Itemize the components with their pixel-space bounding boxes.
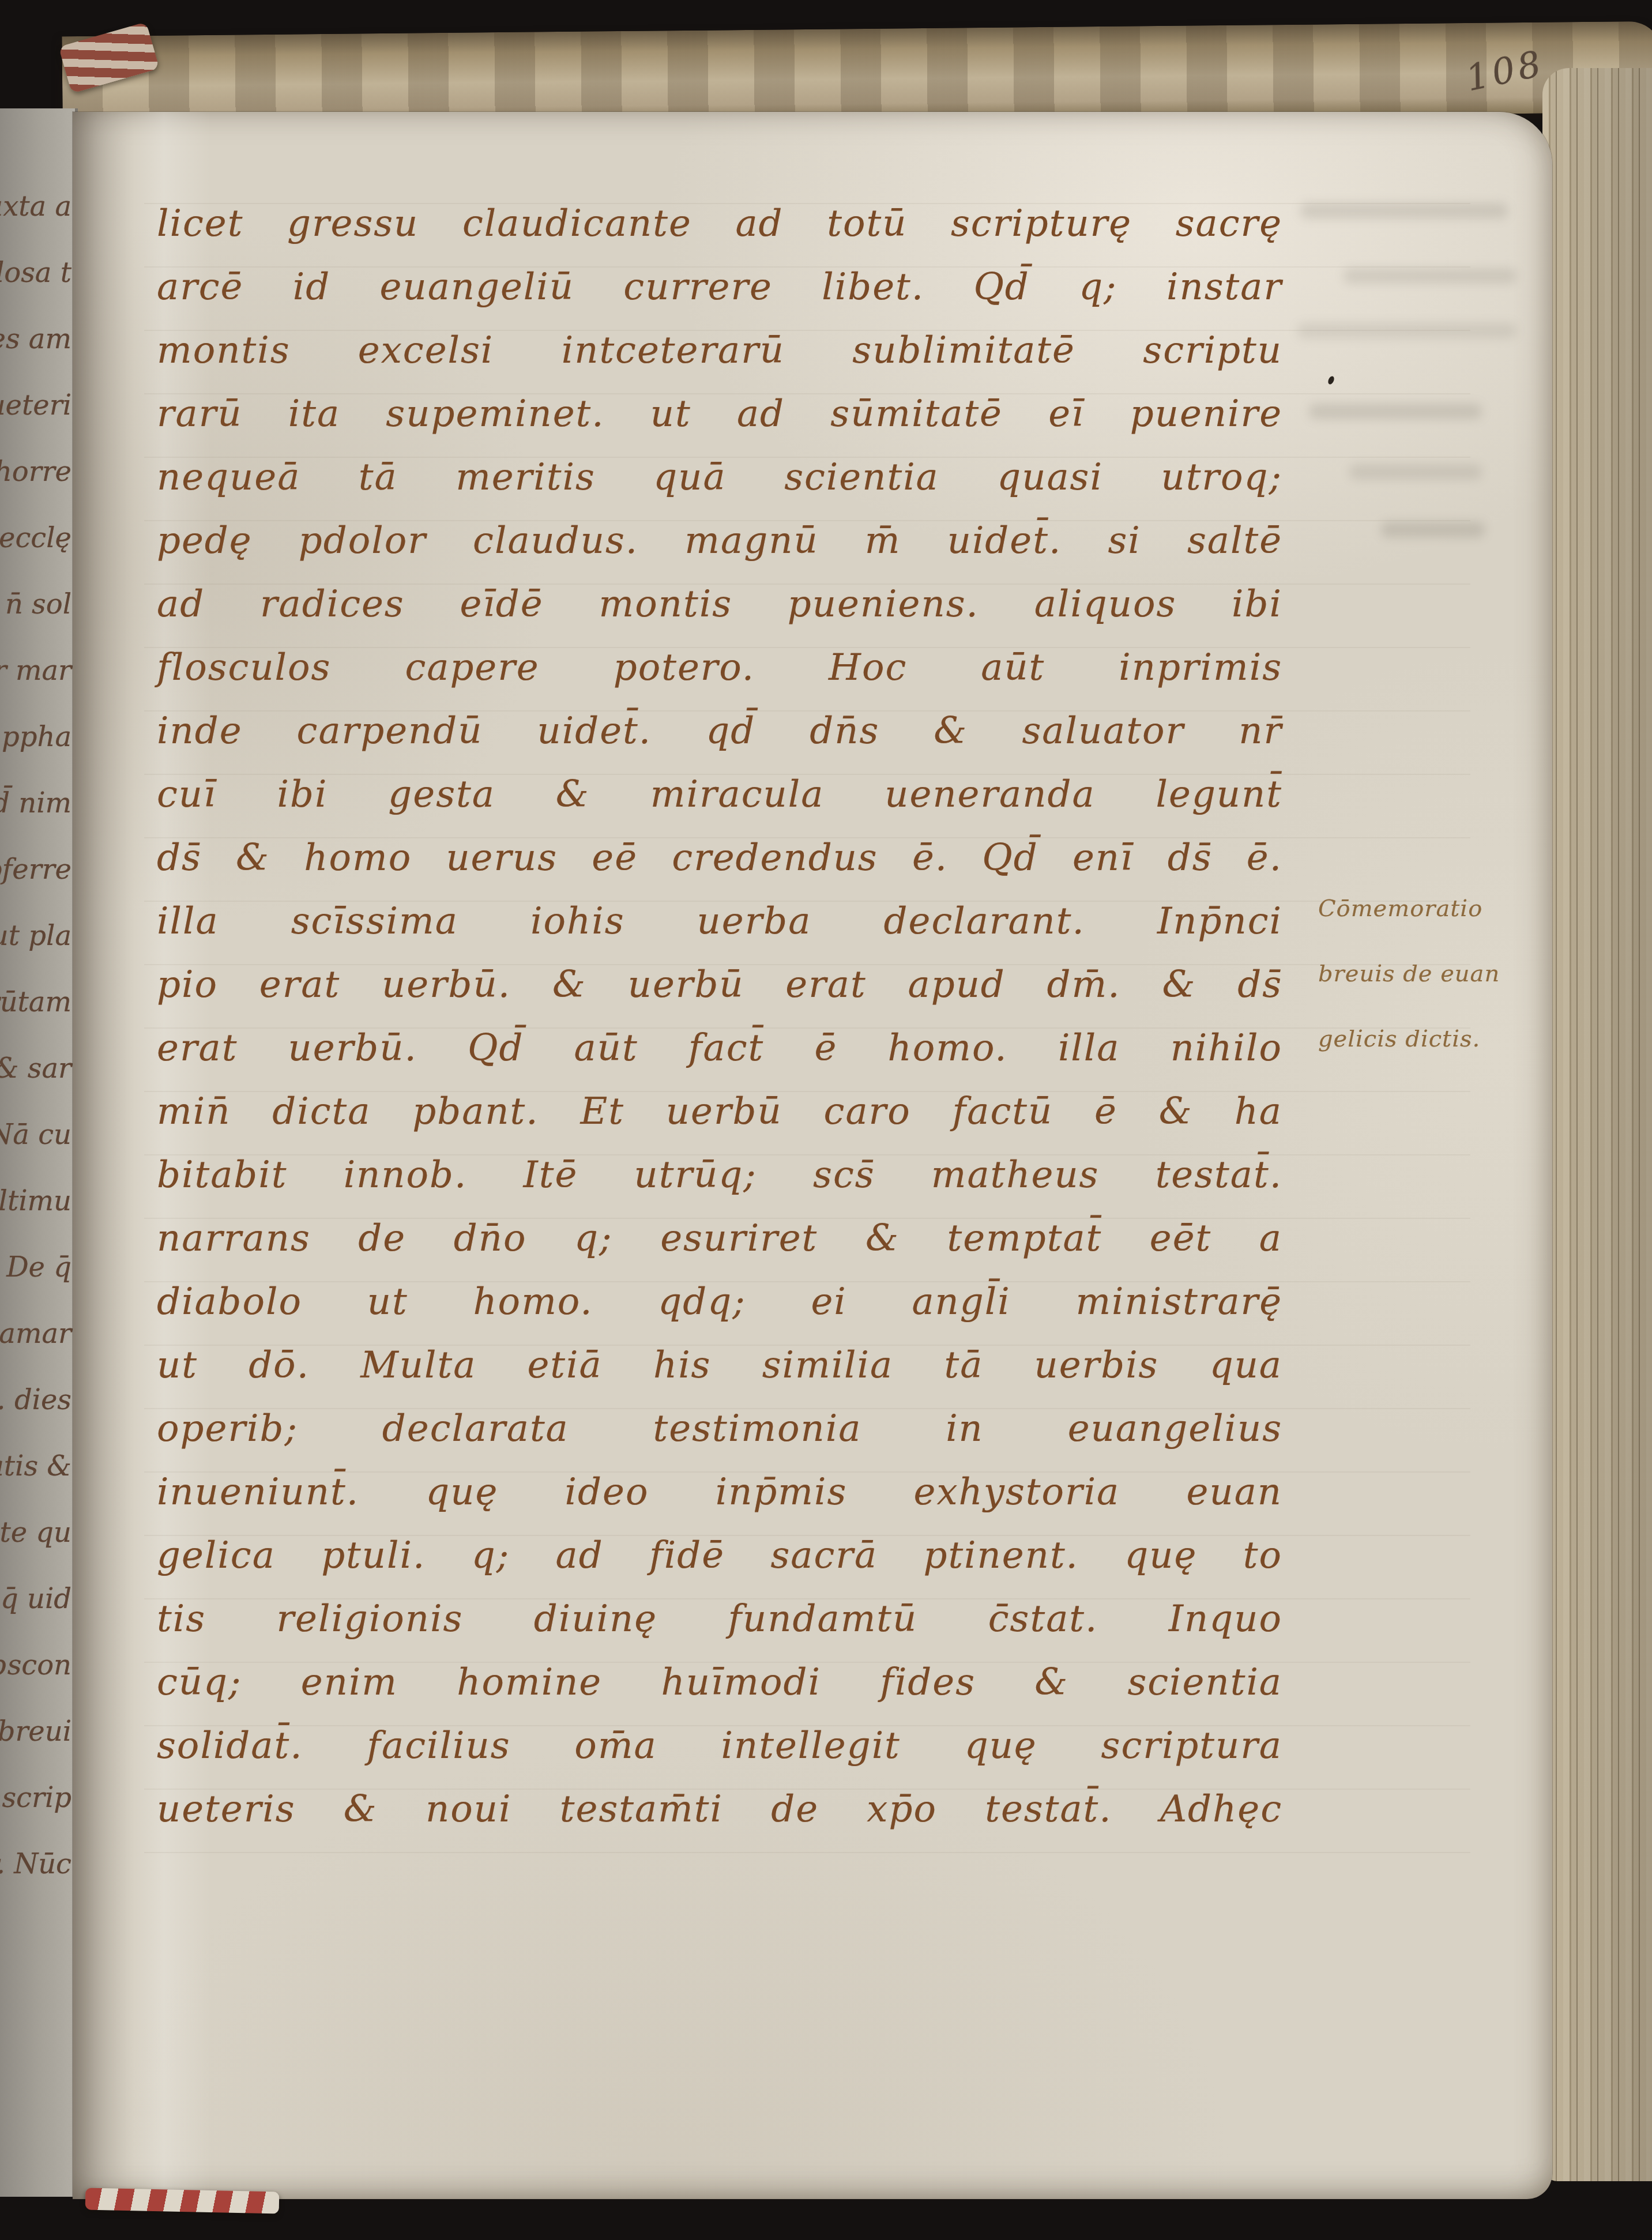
text-line: inueniunt̄. quę ideo inp̄mis exhystoria … bbox=[157, 1461, 1282, 1524]
facing-page-line: iculosa t bbox=[0, 257, 72, 289]
text-line: flosculos capere potero. Hoc aūt inprimi… bbox=[157, 637, 1282, 700]
text-line: erat uerbū. Qd̄ aūt fact̄ ē homo. illa n… bbox=[157, 1017, 1282, 1081]
facing-page-line: ear. Nūc bbox=[0, 1848, 72, 1880]
facing-page-line: s illa. dies bbox=[0, 1384, 72, 1416]
facing-page-line: om̄ abscon bbox=[0, 1649, 72, 1681]
show-through-line bbox=[1349, 464, 1482, 480]
show-through-line bbox=[1381, 522, 1485, 537]
marginal-note-line: Cōmemoratio bbox=[1318, 876, 1560, 942]
text-line: bitabit innob. Itē utrūq; scs̄ matheus t… bbox=[157, 1144, 1282, 1207]
text-line: pio erat uerbū. & uerbū erat apud dm̄. &… bbox=[157, 954, 1282, 1017]
facing-page-line: scōr mar bbox=[0, 654, 72, 687]
marginal-note-line: gelicis dictis. bbox=[1318, 1007, 1560, 1072]
headband-bottom bbox=[85, 2188, 280, 2213]
text-line: ds̄ & homo uerus eē credendus ē. Qd̄ enī… bbox=[157, 827, 1282, 890]
text-line: gelica ptuli. q; ad fidē sacrā ptinent. … bbox=[157, 1524, 1282, 1588]
text-line: solidat̄. facilius om̄a intellegit quę s… bbox=[157, 1715, 1282, 1778]
facing-page-line: phis breui bbox=[0, 1715, 72, 1748]
facing-page-line: ns. Ante qu bbox=[0, 1516, 72, 1549]
manuscript-photo: iuxta a iculosa t antes am nueteri cia h… bbox=[0, 0, 1652, 2240]
marginal-note-line: breuis de euan bbox=[1318, 942, 1560, 1007]
text-line: cuī ibi gesta & miracula ueneranda legun… bbox=[157, 763, 1282, 827]
text-line: pedę pdolor claudus. magnū m̄ uidet̄. si… bbox=[157, 510, 1282, 573]
text-line: operib; declarata testimonia in euangeli… bbox=[157, 1398, 1282, 1461]
text-line: cūq; enim homine huīmodi fides & scienti… bbox=[157, 1651, 1282, 1715]
show-through-line bbox=[1300, 203, 1508, 219]
text-line: licet gressu claudicante ad totū scriptu… bbox=[157, 193, 1282, 256]
main-text-block: licet gressu claudicante ad totū scriptu… bbox=[157, 193, 1282, 1842]
text-line: narrans de dn̄o q; esuriret & temptat̄ e… bbox=[157, 1207, 1282, 1271]
text-line: ueteris & noui testam̄ti de xp̄o testat̄… bbox=[157, 1778, 1282, 1842]
facing-page-line: mitto n̄ sol bbox=[0, 588, 72, 620]
facing-page-line: n̄ qd̄ nim bbox=[0, 787, 72, 819]
facing-page-line: antes am bbox=[0, 323, 72, 355]
show-through-line bbox=[1297, 323, 1516, 338]
text-line: illa scīssima iohis uerba declarant. Inp… bbox=[157, 890, 1282, 954]
book-fore-edge bbox=[1542, 68, 1652, 2181]
text-line: ut dō. Multa etiā his similia tā uerbis … bbox=[157, 1334, 1282, 1398]
text-line: montis excelsi intceterarū sublimitatē s… bbox=[157, 319, 1282, 383]
facing-page-line: ad pferre bbox=[0, 853, 72, 886]
text-line: tis religionis diuinę fundamtū c̄stat. I… bbox=[157, 1588, 1282, 1651]
facing-page-line: ria. Nā cu bbox=[0, 1119, 72, 1151]
facing-page-line: itatis & bbox=[0, 1450, 72, 1482]
facing-page-line: nueteri bbox=[0, 389, 72, 421]
text-line: arcē id euangeliū currere libet. Qd̄ q; … bbox=[157, 256, 1282, 319]
text-line: rarū ita supeminet. ut ad sūmitatē eī pu… bbox=[157, 383, 1282, 446]
facing-page-line: sū. De q̄ bbox=[0, 1251, 72, 1283]
show-through-line bbox=[1309, 404, 1482, 419]
text-line: min̄ dicta pbant. Et uerbū caro factū ē … bbox=[157, 1081, 1282, 1144]
facing-page-line: rę. q̄ uid bbox=[0, 1583, 72, 1615]
facing-page-line: dn̄i amar bbox=[0, 1317, 72, 1350]
facing-page-line: cia horre bbox=[0, 455, 72, 488]
text-line: inde carpendū uidet̄. qd̄ dn̄s & saluato… bbox=[157, 700, 1282, 763]
show-through-line bbox=[1344, 268, 1516, 284]
facing-page-line: q̄q; ppha bbox=[0, 721, 72, 753]
facing-page-line: ē aut pla bbox=[0, 920, 72, 952]
text-line: ad radices eīdē montis pueniens. aliquos… bbox=[157, 573, 1282, 637]
facing-page-line: iuxta a bbox=[0, 190, 72, 223]
text-line: diabolo ut homo. qdq; ei angl̄i ministra… bbox=[157, 1271, 1282, 1334]
facing-page-line: hū ultimu bbox=[0, 1185, 72, 1217]
facing-page-line: erūtam bbox=[0, 986, 72, 1018]
facing-page-strip: iuxta a iculosa t antes am nueteri cia h… bbox=[0, 108, 78, 2197]
facing-page-line: quę & sar bbox=[0, 1052, 72, 1085]
text-line: nequeā tā meritis quā scientia quasi utr… bbox=[157, 446, 1282, 510]
facing-page-line: ros inscrip bbox=[0, 1782, 72, 1814]
marginal-note: Cōmemoratio breuis de euan gelicis dicti… bbox=[1318, 876, 1560, 1072]
facing-page-line: scę ecclę bbox=[0, 522, 72, 554]
